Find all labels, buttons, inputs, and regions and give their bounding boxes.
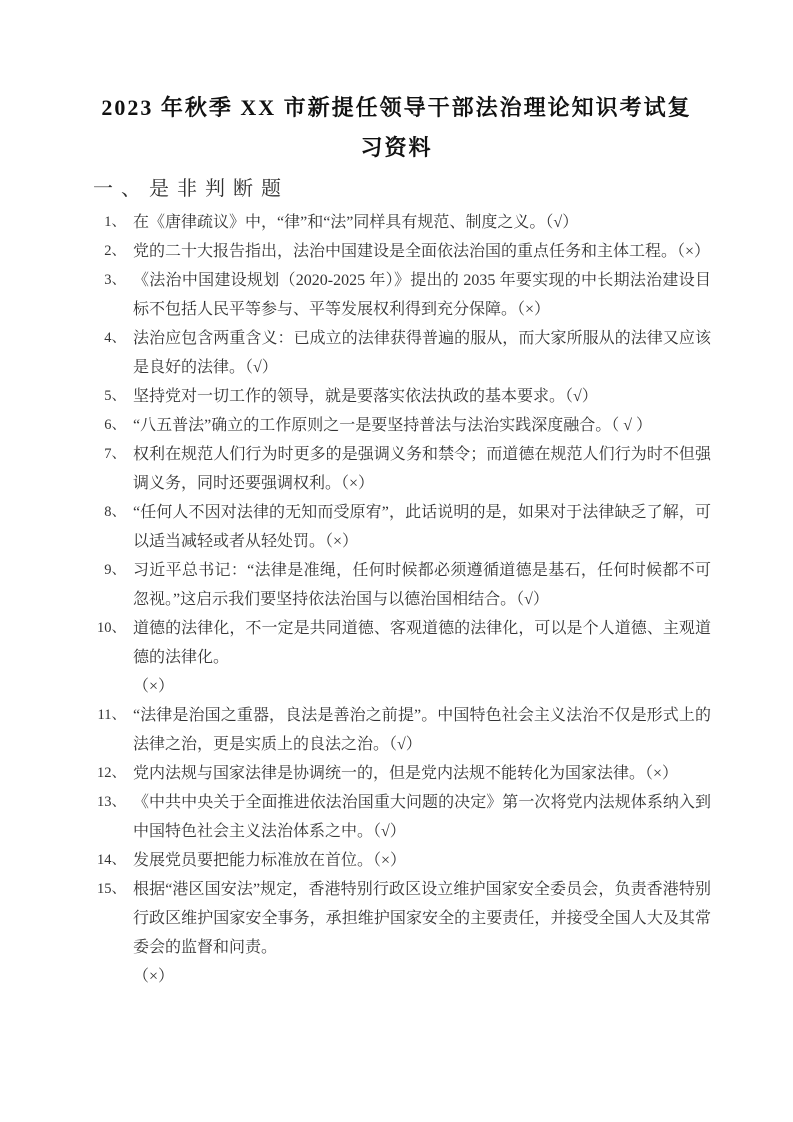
document-page: 2023 年秋季 XX 市新提任领导干部法治理论知识考试复习资料 一、是非判断题… xyxy=(0,0,793,1122)
question-number: 5、 xyxy=(89,382,133,411)
answer-mark: （×） xyxy=(517,301,550,318)
question-statement: 根据“港区国安法”规定，香港特别行政区设立维护国家安全委员会，负责香港特别行政区… xyxy=(133,881,711,956)
question-statement: 发展党员要把能力标准放在首位。 xyxy=(133,852,373,869)
question-statement: “八五普法”确立的工作原则之一是要坚持普法与法治实践深度融合。 xyxy=(133,417,611,434)
question-text: 《中共中央关于全面推进依法治国重大问题的决定》第一次将党内法规体系纳入到中国特色… xyxy=(133,788,711,846)
question-statement: 党的二十大报告指出，法治中国建设是全面依法治国的重点任务和主体工程。 xyxy=(133,243,677,260)
question-number: 12、 xyxy=(89,759,133,788)
answer-mark: （×） xyxy=(677,243,710,260)
question-text: 法治应包含两重含义：已成立的法律获得普遍的服从，而大家所服从的法律又应该是良好的… xyxy=(133,324,711,382)
question-number: 8、 xyxy=(89,498,133,527)
question-item: 5、 坚持党对一切工作的领导，就是要落实依法执政的基本要求。（√） xyxy=(89,382,793,411)
answer-mark: （×） xyxy=(325,533,358,550)
question-number: 4、 xyxy=(89,324,133,353)
answer-mark: （ √ ） xyxy=(611,417,652,434)
question-statement: 道德的法律化，不一定是共同道德、客观道德的法律化，可以是个人道德、主观道德的法律… xyxy=(133,620,711,666)
answer-mark: （√） xyxy=(565,388,598,405)
answer-mark: （√） xyxy=(516,591,549,608)
question-item: 12、 党内法规与国家法律是协调统一的，但是党内法规不能转化为国家法律。（×） xyxy=(89,759,793,788)
question-statement: 在《唐律疏议》中，“律”和“法”同样具有规范、制度之义。 xyxy=(133,214,545,231)
question-item: 3、 《法治中国建设规划（2020-2025 年）》提出的 2035 年要实现的… xyxy=(89,266,793,324)
question-text: 发展党员要把能力标准放在首位。（×） xyxy=(133,846,711,875)
answer-mark: （√） xyxy=(373,823,406,840)
question-number: 13、 xyxy=(89,788,133,817)
question-item: 2、 党的二十大报告指出，法治中国建设是全面依法治国的重点任务和主体工程。（×） xyxy=(89,237,793,266)
answer-mark: （×） xyxy=(373,852,406,869)
answer-mark: （×） xyxy=(341,475,374,492)
question-text: 坚持党对一切工作的领导，就是要落实依法执政的基本要求。（√） xyxy=(133,382,711,411)
question-item: 11、 “法律是治国之重器，良法是善治之前提”。中国特色社会主义法治不仅是形式上… xyxy=(89,701,793,759)
question-number: 1、 xyxy=(89,208,133,237)
question-number: 3、 xyxy=(89,266,133,295)
question-item: 4、 法治应包含两重含义：已成立的法律获得普遍的服从，而大家所服从的法律又应该是… xyxy=(89,324,793,382)
question-text: 在《唐律疏议》中，“律”和“法”同样具有规范、制度之义。（√） xyxy=(133,208,711,237)
answer-mark: （√） xyxy=(389,736,422,753)
question-list: 1、 在《唐律疏议》中，“律”和“法”同样具有规范、制度之义。（√） 2、 党的… xyxy=(0,208,793,991)
question-item: 7、 权利在规范人们行为时更多的是强调义务和禁令；而道德在规范人们行为时不但强调… xyxy=(89,440,793,498)
question-text: 根据“港区国安法”规定，香港特别行政区设立维护国家安全委员会，负责香港特别行政区… xyxy=(133,875,711,991)
section-heading: 一、是非判断题 xyxy=(93,174,793,204)
question-statement: 党内法规与国家法律是协调统一的，但是党内法规不能转化为国家法律。 xyxy=(133,765,645,782)
answer-mark: （√） xyxy=(545,214,578,231)
question-item: 13、 《中共中央关于全面推进依法治国重大问题的决定》第一次将党内法规体系纳入到… xyxy=(89,788,793,846)
question-item: 1、 在《唐律疏议》中，“律”和“法”同样具有规范、制度之义。（√） xyxy=(89,208,793,237)
question-text: 党的二十大报告指出，法治中国建设是全面依法治国的重点任务和主体工程。（×） xyxy=(133,237,711,266)
answer-mark: （√） xyxy=(245,359,278,376)
question-statement: 坚持党对一切工作的领导，就是要落实依法执政的基本要求。 xyxy=(133,388,565,405)
question-text: 习近平总书记：“法律是准绳，任何时候都必须遵循道德是基石，任何时候都不可忽视。”… xyxy=(133,556,711,614)
question-text: 党内法规与国家法律是协调统一的，但是党内法规不能转化为国家法律。（×） xyxy=(133,759,711,788)
question-text: “八五普法”确立的工作原则之一是要坚持普法与法治实践深度融合。（ √ ） xyxy=(133,411,711,440)
question-item: 15、 根据“港区国安法”规定，香港特别行政区设立维护国家安全委员会，负责香港特… xyxy=(89,875,793,991)
question-item: 10、 道德的法律化，不一定是共同道德、客观道德的法律化，可以是个人道德、主观道… xyxy=(89,614,793,701)
answer-mark: （×） xyxy=(133,672,711,701)
question-item: 6、 “八五普法”确立的工作原则之一是要坚持普法与法治实践深度融合。（ √ ） xyxy=(89,411,793,440)
question-text: 权利在规范人们行为时更多的是强调义务和禁令；而道德在规范人们行为时不但强调义务，… xyxy=(133,440,711,498)
question-number: 11、 xyxy=(89,701,133,730)
document-title: 2023 年秋季 XX 市新提任领导干部法治理论知识考试复习资料 xyxy=(91,88,703,168)
question-statement: 权利在规范人们行为时更多的是强调义务和禁令；而道德在规范人们行为时不但强调义务，… xyxy=(133,446,711,492)
question-number: 9、 xyxy=(89,556,133,585)
question-number: 2、 xyxy=(89,237,133,266)
question-statement: 《法治中国建设规划（2020-2025 年）》提出的 2035 年要实现的中长期… xyxy=(133,272,711,318)
question-statement: “法律是治国之重器，良法是善治之前提”。中国特色社会主义法治不仅是形式上的法律之… xyxy=(133,707,711,753)
question-statement: 《中共中央关于全面推进依法治国重大问题的决定》第一次将党内法规体系纳入到中国特色… xyxy=(133,794,711,840)
question-item: 14、 发展党员要把能力标准放在首位。（×） xyxy=(89,846,793,875)
question-number: 7、 xyxy=(89,440,133,469)
question-text: 道德的法律化，不一定是共同道德、客观道德的法律化，可以是个人道德、主观道德的法律… xyxy=(133,614,711,701)
question-number: 15、 xyxy=(89,875,133,904)
question-statement: 法治应包含两重含义：已成立的法律获得普遍的服从，而大家所服从的法律又应该是良好的… xyxy=(133,330,711,376)
question-statement: 习近平总书记：“法律是准绳，任何时候都必须遵循道德是基石，任何时候都不可忽视。”… xyxy=(133,562,711,608)
question-number: 10、 xyxy=(89,614,133,643)
question-text: “法律是治国之重器，良法是善治之前提”。中国特色社会主义法治不仅是形式上的法律之… xyxy=(133,701,711,759)
question-number: 6、 xyxy=(89,411,133,440)
question-item: 8、 “任何人不因对法律的无知而受原宥”，此话说明的是，如果对于法律缺乏了解，可… xyxy=(89,498,793,556)
question-text: 《法治中国建设规划（2020-2025 年）》提出的 2035 年要实现的中长期… xyxy=(133,266,711,324)
question-item: 9、 习近平总书记：“法律是准绳，任何时候都必须遵循道德是基石，任何时候都不可忽… xyxy=(89,556,793,614)
question-text: “任何人不因对法律的无知而受原宥”，此话说明的是，如果对于法律缺乏了解，可以适当… xyxy=(133,498,711,556)
question-number: 14、 xyxy=(89,846,133,875)
answer-mark: （×） xyxy=(133,962,711,991)
question-statement: “任何人不因对法律的无知而受原宥”，此话说明的是，如果对于法律缺乏了解，可以适当… xyxy=(133,504,711,550)
answer-mark: （×） xyxy=(645,765,678,782)
